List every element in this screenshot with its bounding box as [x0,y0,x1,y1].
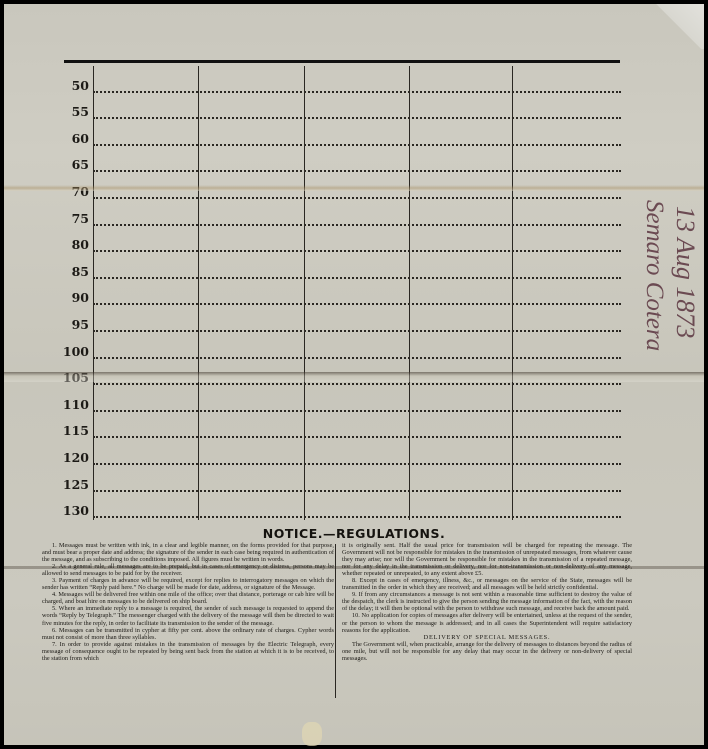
notice-title: NOTICE.—REGULATIONS. [4,526,704,541]
grid-row: 80 [93,226,621,253]
grid-row: 85 [93,252,621,279]
paper-stain [302,722,322,746]
row-word-count-label: 130 [59,503,89,518]
row-word-count-label: 110 [59,397,89,412]
regulation-1: 1. Messages must be written with ink, in… [42,542,334,563]
row-word-count-label: 120 [59,450,89,465]
regulation-5: 5. Where an immediate reply to a message… [42,605,334,626]
row-word-count-label: 100 [59,344,89,359]
regulation-6: 6. Messages can be transmitted in cypher… [42,627,334,641]
paper-fold [4,372,704,382]
special-messages-text: The Government will, when practicable, a… [342,641,632,662]
row-word-count-label: 85 [59,264,89,279]
ruled-word-grid: 5055606570758085909510010511011512012513… [93,66,621,520]
page-corner-fold [644,4,704,49]
row-word-count-label: 115 [59,423,89,438]
grid-row: 65 [93,146,621,173]
paper-fold [4,185,704,191]
regulation-4: 4. Messages will be delivered free withi… [42,591,334,605]
grid-row: 110 [93,385,621,412]
grid-row: 130 [93,492,621,519]
grid-row: 90 [93,279,621,306]
row-word-count-label: 95 [59,317,89,332]
regulation-2: 2. As a general rule, all messages are t… [42,563,334,577]
row-word-count-label: 50 [59,78,89,93]
row-word-count-label: 60 [59,131,89,146]
telegraph-form-page: 5055606570758085909510010511011512012513… [4,4,704,745]
grid-row: 50 [93,66,621,93]
row-word-count-label: 80 [59,237,89,252]
handwritten-date: 13 Aug 1873 [670,206,700,338]
row-word-count-label: 55 [59,104,89,119]
handwritten-name: Semaro Cotera [640,200,668,351]
grid-row: 125 [93,465,621,492]
grid-row: 60 [93,119,621,146]
top-heavy-rule [64,60,620,63]
notice-right-column: it is originally sent. Half the usual pr… [342,542,632,662]
regulation-10: 10. No application for copies of message… [342,612,632,633]
notice-column-divider [335,544,336,698]
regulation-9: 9. If from any circumstances a message i… [342,591,632,612]
grid-row: 55 [93,93,621,120]
grid-row: 115 [93,412,621,439]
special-messages-heading: DELIVERY OF SPECIAL MESSAGES. [342,634,632,641]
regulation-7: 7. In order to provide against mistakes … [42,641,334,662]
grid-row: 95 [93,305,621,332]
notice-left-column: 1. Messages must be written with ink, in… [42,542,334,662]
grid-row: 100 [93,332,621,359]
regulation-8: 8. Except in cases of emergency, illness… [342,577,632,591]
row-word-count-label: 75 [59,211,89,226]
row-word-count-label: 90 [59,290,89,305]
regulation-7-continued: it is originally sent. Half the usual pr… [342,542,632,577]
row-word-count-label: 65 [59,157,89,172]
grid-row: 75 [93,199,621,226]
handwritten-annotation: 13 Aug 1873 Semaro Cotera [630,200,708,380]
grid-row: 120 [93,438,621,465]
regulation-3: 3. Payment of charges in advance will be… [42,577,334,591]
row-word-count-label: 125 [59,477,89,492]
